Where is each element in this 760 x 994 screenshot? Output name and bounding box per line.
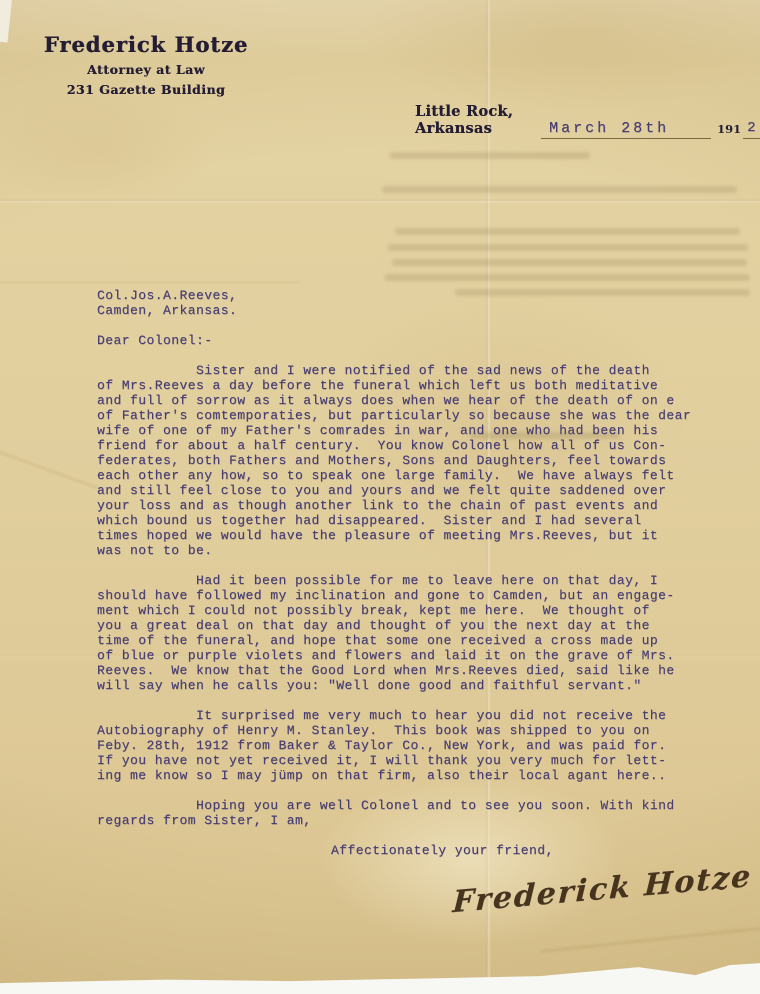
letterhead-address: 231 Gazette Building [38,82,254,97]
ink-bleed-mark [390,152,590,159]
ink-bleed-mark [382,186,737,193]
salutation: Dear Colonel:- [97,333,719,348]
dateline: Little Rock, Arkansas March 28th 191 2 [415,103,760,138]
ink-bleed-mark [395,228,740,235]
dateline-year-printed: 191 [711,122,743,138]
letterhead-name: Frederick Hotze [38,32,254,57]
torn-corner [0,0,12,43]
letterhead: Frederick Hotze Attorney at Law 231 Gaze… [38,32,254,97]
horizontal-fold-crease [0,199,760,203]
valediction: Affectionately your friend, [331,843,719,858]
dateline-typed-date: March 28th [541,121,711,139]
dateline-typed-year: 2 [743,121,760,139]
ink-bleed-mark [388,244,748,251]
wrinkle-crease [540,926,760,953]
wrinkle-crease [0,449,99,489]
letter-body: Col.Jos.A.Reeves, Camden, Arkansas. Dear… [97,288,719,858]
dateline-place: Little Rock, Arkansas [415,103,541,138]
ink-bleed-mark [385,274,750,281]
recipient-address: Col.Jos.A.Reeves, Camden, Arkansas. [97,288,719,318]
closing-lines: Hoping you are well Colonel and to see y… [97,798,719,828]
letter-page: Frederick Hotze Attorney at Law 231 Gaze… [0,0,760,994]
signature: Frederick Hotze [452,859,753,921]
horizontal-fold-crease [0,281,300,284]
ink-bleed-mark [392,259,747,266]
paragraph-1: Sister and I were notified of the sad ne… [97,363,719,558]
paragraph-2: Had it been possible for me to leave her… [97,573,719,693]
letterhead-title: Attorney at Law [38,62,254,77]
paragraph-3: It surprised me very much to hear you di… [97,708,719,783]
